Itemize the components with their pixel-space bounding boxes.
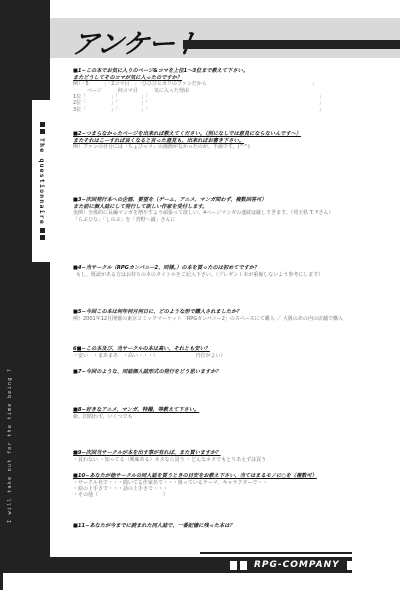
- question-title: ■7−今回のような、同誌個人誌形式の発行をどう思いますか？: [73, 369, 400, 376]
- answer-row-3[interactable]: 3位「 」「 」「 」: [73, 107, 400, 113]
- question-title: ■9−次回当サークルが本を出す事が有れば、また買いますか？: [73, 450, 400, 457]
- square-icon: [40, 122, 45, 127]
- question-title: ■10−あなたが他サークルの同人誌を買うときの目安をお教え下さい、当てはまるモノ…: [73, 473, 400, 480]
- brand-name: RPG-COMPANY: [254, 560, 340, 570]
- answer-options[interactable]: ・その他（ ）: [73, 492, 400, 498]
- question-title: ■2−つまらなかったページを出来れば教えてください。（別になしでは意見にならない…: [73, 131, 400, 138]
- answer-field-page[interactable]: 」「: [111, 107, 141, 113]
- question-example: 新、旧問わず、いくつでも: [73, 414, 400, 420]
- spine-label-box: The questionnaire: [32, 100, 50, 262]
- square-icon: [240, 561, 247, 570]
- question-example: 「らぶひな」「しのぶ」を「青野〜誠」さんに: [73, 217, 400, 223]
- spine-label: The questionnaire: [35, 100, 49, 262]
- question-11: ■11−あなたが今までに読まれた同人誌で、一番記憶に残った本は？: [73, 523, 400, 530]
- square-icon: [40, 129, 45, 134]
- question-6: 6■−この本及び、当サークルの本は高い、それとも安い？ ・安い ・まあまあ ・高…: [73, 346, 400, 359]
- question-2: ■2−つまらなかったページを出来れば教えてください。（別になしでは意見にならない…: [73, 131, 400, 151]
- question-title: ■11−あなたが今までに読まれた同人誌で、一番記憶に残った本は？: [73, 523, 400, 530]
- question-example: もし、既読がある方はお持ちの本のタイトルをご記入下さい。（プレゼント本が重複しな…: [73, 272, 400, 278]
- footer-brand: RPG-COMPANY: [230, 557, 364, 573]
- square-icon: [40, 228, 45, 233]
- question-example: 例）ファンの自分には「ちょびっツ」の漫画がなかったのが、不満です。(^^): [73, 144, 400, 150]
- square-icon: [230, 561, 237, 570]
- question-example: 例）2001年12月開催の東京コミックマーケット「RPGカンパニー2」のスペース…: [73, 316, 400, 322]
- question-5: ■5−今回この本は何年何月何日に、どのような形で購入されましたか？ 例）2001…: [73, 309, 400, 322]
- question-10: ■10−あなたが他サークルの同人誌を買うときの目安をお教え下さい、当てはまるモノ…: [73, 473, 400, 499]
- question-title: ■1−この本でお気に入りのページ&コマを上位1〜3位まで教えて下さい。: [73, 68, 400, 75]
- answer-rank: 3位「: [73, 107, 111, 113]
- square-icon: [347, 561, 354, 570]
- question-title: 6■−この本及び、当サークルの本は高い、それとも安い？: [73, 346, 400, 353]
- question-3: ■3−次回発行本への企画、要望を（ゲーム、アニメ、マンガ問わず、複数回答可） ま…: [73, 197, 400, 223]
- question-7: ■7−今回のような、同誌個人誌形式の発行をどう思いますか？: [73, 369, 400, 376]
- question-title: ■5−今回この本は何年何月何日に、どのような形で購入されましたか？: [73, 309, 400, 316]
- footer-rule: [200, 552, 352, 554]
- side-note: I will take out for the time being ?: [4, 330, 16, 560]
- header-rule: [183, 40, 400, 49]
- square-icon: [40, 235, 45, 240]
- question-1: ■1−この本でお気に入りのページ&コマを上位1〜3位まで教えて下さい。 またどう…: [73, 68, 400, 113]
- spine-label-text: The questionnaire: [38, 138, 46, 225]
- answer-options[interactable]: ・買わない ・知ってる（興味ある）ネタなら買う ・どんなネタでもとりあえずは買う: [73, 457, 400, 463]
- question-title: ■3−次回発行本への企画、要望を（ゲーム、アニメ、マンガ問わず、複数回答可）: [73, 197, 400, 204]
- question-4: ■4−当サークル（RPGカンパニー2、同様。）の本を買ったのは初めてですか？ も…: [73, 265, 400, 278]
- question-title: ■4−当サークル（RPGカンパニー2、同様。）の本を買ったのは初めてですか？: [73, 265, 400, 272]
- question-title: ■8−好きなアニメ、マンガ、特撮、等教えて下さい。: [73, 407, 400, 414]
- question-8: ■8−好きなアニメ、マンガ、特撮、等教えて下さい。 新、旧問わず、いくつでも: [73, 407, 400, 420]
- answer-options[interactable]: ・安い ・まあまあ ・高い・・・（ 円位がよい）: [73, 353, 400, 359]
- answer-field-reason[interactable]: 」: [319, 107, 324, 113]
- question-9: ■9−次回当サークルが本を出す事が有れば、また買いますか？ ・買わない ・知って…: [73, 450, 400, 463]
- square-icon: [357, 561, 364, 570]
- answer-field-panel[interactable]: 」「: [141, 107, 319, 113]
- left-bar-tail: [0, 573, 3, 590]
